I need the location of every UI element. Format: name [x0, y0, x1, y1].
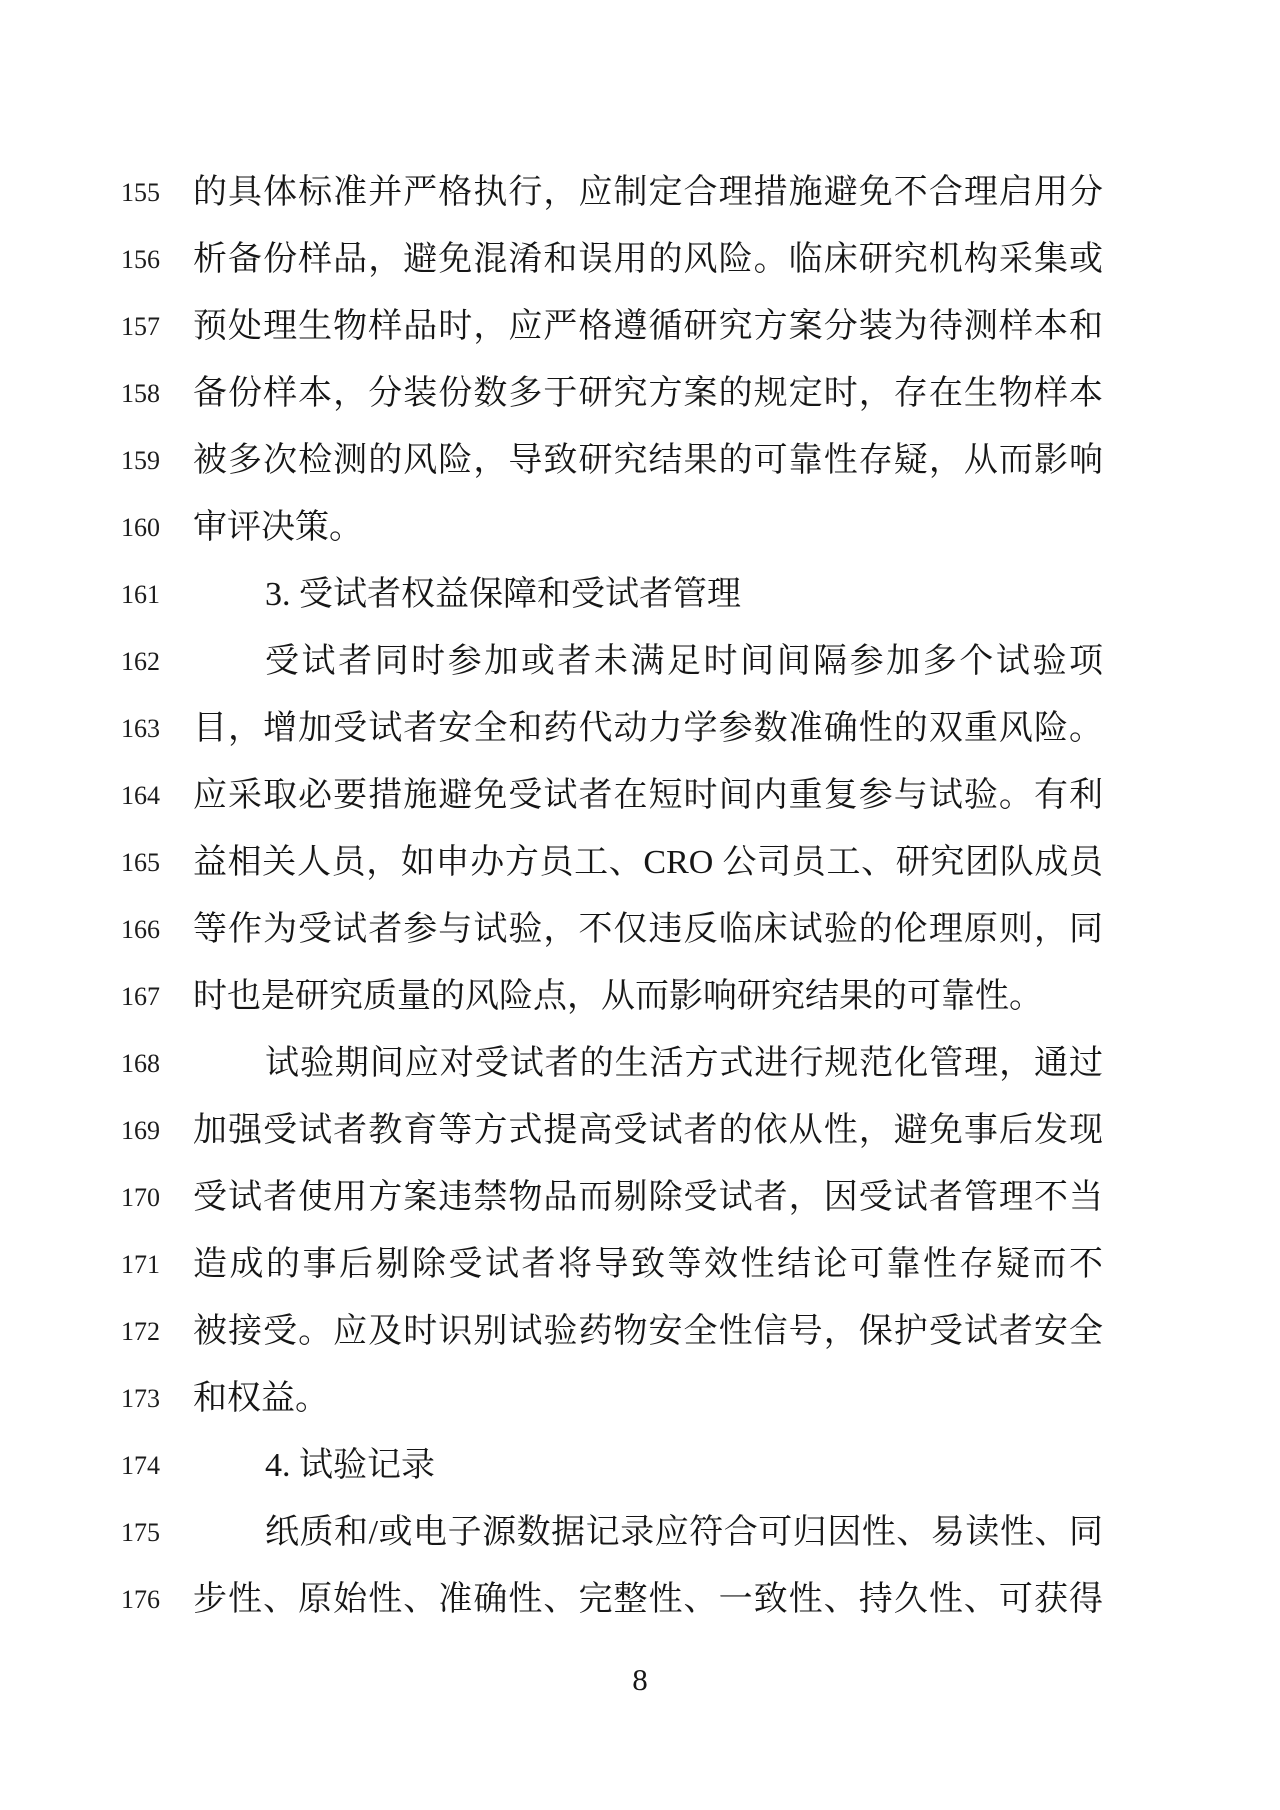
text-line: 161 3. 受试者权益保障和受试者管理 [0, 561, 1280, 628]
text-line: 176 步性、原始性、准确性、完整性、一致性、持久性、可获得 [0, 1566, 1280, 1633]
line-text: 应采取必要措施避免受试者在短时间内重复参与试验。有利 [193, 762, 1103, 829]
section-heading: 4. 试验记录 [193, 1432, 1103, 1499]
line-number: 162 [0, 647, 160, 677]
line-text: 受试者同时参加或者未满足时间间隔参加多个试验项 [193, 628, 1103, 695]
text-line: 159 被多次检测的风险，导致研究结果的可靠性存疑，从而影响 [0, 427, 1280, 494]
line-number: 168 [0, 1049, 160, 1079]
text-line: 167 时也是研究质量的风险点，从而影响研究结果的可靠性。 [0, 963, 1280, 1030]
line-text: 造成的事后剔除受试者将导致等效性结论可靠性存疑而不 [193, 1231, 1103, 1298]
text-line: 173 和权益。 [0, 1365, 1280, 1432]
line-text: 等作为受试者参与试验，不仅违反临床试验的伦理原则，同 [193, 896, 1103, 963]
text-line: 171 造成的事后剔除受试者将导致等效性结论可靠性存疑而不 [0, 1231, 1280, 1298]
line-text: 益相关人员，如申办方员工、CRO 公司员工、研究团队成员 [193, 829, 1103, 896]
line-number: 161 [0, 580, 160, 610]
line-number: 160 [0, 513, 160, 543]
line-text: 备份样本，分装份数多于研究方案的规定时，存在生物样本 [193, 360, 1103, 427]
document-page: 155 的具体标准并严格执行，应制定合理措施避免不合理启用分 156 析备份样品… [0, 0, 1280, 1810]
text-line: 169 加强受试者教育等方式提高受试者的依从性，避免事后发现 [0, 1097, 1280, 1164]
text-line: 168 试验期间应对受试者的生活方式进行规范化管理，通过 [0, 1030, 1280, 1097]
line-number: 172 [0, 1317, 160, 1347]
line-text: 审评决策。 [193, 494, 1103, 561]
text-line: 174 4. 试验记录 [0, 1432, 1280, 1499]
line-text: 被接受。应及时识别试验药物安全性信号，保护受试者安全 [193, 1298, 1103, 1365]
section-heading: 3. 受试者权益保障和受试者管理 [193, 561, 1103, 628]
document-body: 155 的具体标准并严格执行，应制定合理措施避免不合理启用分 156 析备份样品… [0, 159, 1280, 1633]
line-number: 167 [0, 982, 160, 1012]
line-number: 156 [0, 245, 160, 275]
line-number: 163 [0, 714, 160, 744]
text-line: 155 的具体标准并严格执行，应制定合理措施避免不合理启用分 [0, 159, 1280, 226]
line-number: 176 [0, 1585, 160, 1615]
text-line: 157 预处理生物样品时，应严格遵循研究方案分装为待测样本和 [0, 293, 1280, 360]
line-number: 173 [0, 1384, 160, 1414]
line-number: 174 [0, 1451, 160, 1481]
text-line: 165 益相关人员，如申办方员工、CRO 公司员工、研究团队成员 [0, 829, 1280, 896]
line-text: 目，增加受试者安全和药代动力学参数准确性的双重风险。 [193, 695, 1103, 762]
text-line: 172 被接受。应及时识别试验药物安全性信号，保护受试者安全 [0, 1298, 1280, 1365]
text-line: 166 等作为受试者参与试验，不仅违反临床试验的伦理原则，同 [0, 896, 1280, 963]
line-text: 和权益。 [193, 1365, 1103, 1432]
text-line: 163 目，增加受试者安全和药代动力学参数准确性的双重风险。 [0, 695, 1280, 762]
line-number: 155 [0, 178, 160, 208]
text-line: 162 受试者同时参加或者未满足时间间隔参加多个试验项 [0, 628, 1280, 695]
line-text: 试验期间应对受试者的生活方式进行规范化管理，通过 [193, 1030, 1103, 1097]
text-line: 156 析备份样品，避免混淆和误用的风险。临床研究机构采集或 [0, 226, 1280, 293]
text-line: 160 审评决策。 [0, 494, 1280, 561]
line-text: 加强受试者教育等方式提高受试者的依从性，避免事后发现 [193, 1097, 1103, 1164]
text-line: 158 备份样本，分装份数多于研究方案的规定时，存在生物样本 [0, 360, 1280, 427]
line-text: 析备份样品，避免混淆和误用的风险。临床研究机构采集或 [193, 226, 1103, 293]
line-number: 159 [0, 446, 160, 476]
page-number: 8 [0, 1662, 1280, 1698]
line-number: 171 [0, 1250, 160, 1280]
line-number: 166 [0, 915, 160, 945]
line-number: 158 [0, 379, 160, 409]
line-text: 时也是研究质量的风险点，从而影响研究结果的可靠性。 [193, 963, 1103, 1030]
line-number: 169 [0, 1116, 160, 1146]
line-number: 175 [0, 1518, 160, 1548]
text-line: 164 应采取必要措施避免受试者在短时间内重复参与试验。有利 [0, 762, 1280, 829]
line-text: 纸质和/或电子源数据记录应符合可归因性、易读性、同 [193, 1499, 1103, 1566]
line-text: 步性、原始性、准确性、完整性、一致性、持久性、可获得 [193, 1566, 1103, 1633]
line-text: 预处理生物样品时，应严格遵循研究方案分装为待测样本和 [193, 293, 1103, 360]
line-number: 165 [0, 848, 160, 878]
line-text: 受试者使用方案违禁物品而剔除受试者，因受试者管理不当 [193, 1164, 1103, 1231]
text-line: 175 纸质和/或电子源数据记录应符合可归因性、易读性、同 [0, 1499, 1280, 1566]
line-number: 170 [0, 1183, 160, 1213]
text-line: 170 受试者使用方案违禁物品而剔除受试者，因受试者管理不当 [0, 1164, 1280, 1231]
line-number: 164 [0, 781, 160, 811]
line-number: 157 [0, 312, 160, 342]
line-text: 的具体标准并严格执行，应制定合理措施避免不合理启用分 [193, 159, 1103, 226]
line-text: 被多次检测的风险，导致研究结果的可靠性存疑，从而影响 [193, 427, 1103, 494]
